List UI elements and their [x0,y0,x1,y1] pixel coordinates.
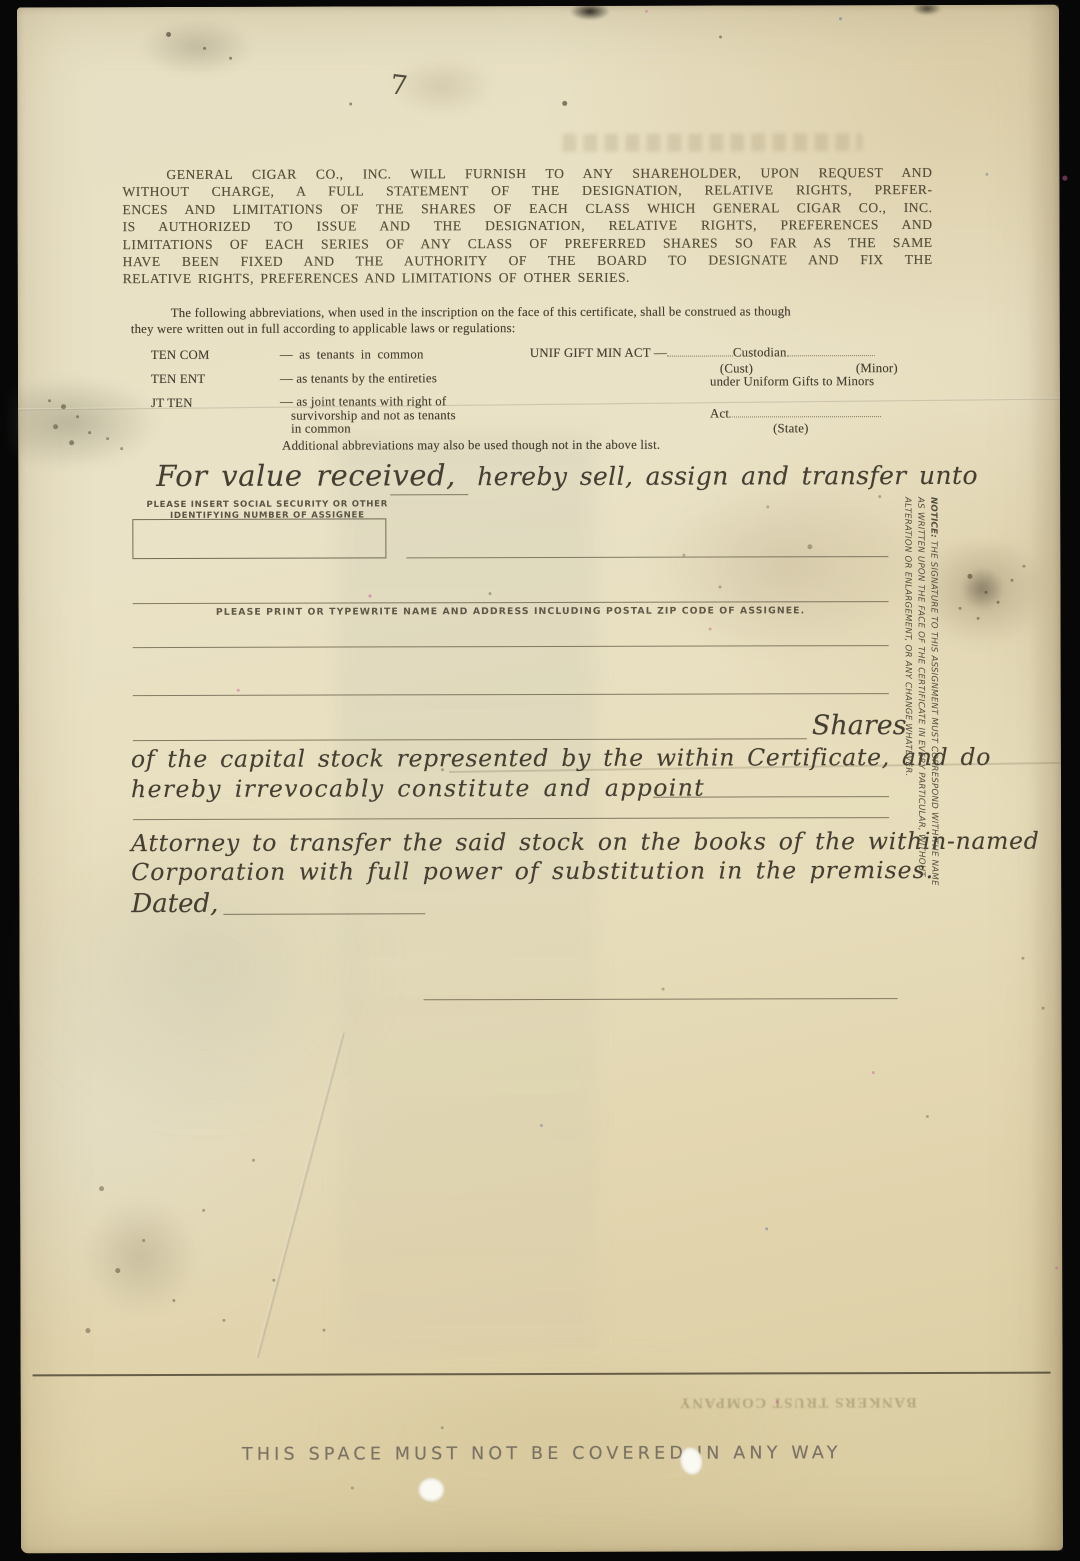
scanned-certificate-back: BANKERS TRUST COMPANY 7 GENERAL CIGAR CO… [0,0,1080,1561]
stain [10,375,160,470]
crease-diagonal [256,1033,345,1359]
statement-line: GENERAL CIGAR CO., INC. WILL FURNISH TO … [122,164,932,184]
write-in-line [133,738,807,741]
punch-hole [419,1478,444,1501]
speckles-dark [17,7,20,10]
stain [336,434,598,1355]
act-state: (State) [773,421,809,436]
statement-line: ENCES AND LIMITATIONS OF THE SHARES OF E… [122,199,932,219]
pen-mark: 7 [388,69,409,102]
shares-word: Shares [812,710,907,741]
abbr-ten-ent-meaning: — as tenants by the entireties [280,371,437,386]
notice-line: ALTERATION OR ENLARGEMENT, OR ANY CHANGE… [900,497,914,955]
for-value-received-text: For value received, [156,458,456,493]
notice-label: NOTICE: [928,497,938,538]
notice-line: AS WRITTEN UPON THE FACE OF THE CERTIFIC… [913,497,927,955]
statement-line: IS AUTHORIZED TO ISSUE AND THE DESIGNATI… [123,216,933,236]
write-in-line [133,693,889,696]
ssn-box [132,518,386,559]
act-label: Act [710,407,729,421]
paper-texture: BANKERS TRUST COMPANY 7 [17,5,1059,8]
statement-line: RELATIVE RIGHTS, PREFERENCES AND LIMITAT… [123,268,933,288]
additional-abbreviations-note: Additional abbreviations may also be use… [282,438,660,454]
dotted-blank [729,406,881,417]
notice-line: NOTICE:THE SIGNATURE TO THIS ASSIGNMENT … [926,497,940,955]
abbr-ten-com: TEN COM [151,348,210,363]
substitution-line: Corporation with full power of substitut… [131,856,934,886]
write-in-line [133,817,889,820]
unif-gift-label: UNIF GIFT MIN ACT — [530,346,667,360]
jt-ten-line: in common [280,422,456,436]
statement-line: WITHOUT CHARGE, A FULL STATEMENT OF THE … [122,181,932,201]
sell-assign-transfer-text: hereby sell, assign and transfer unto [477,461,978,491]
bottom-rule [33,1372,1051,1377]
abbreviations-intro: The following abbreviations, when used i… [131,304,933,337]
footer-warning: THIS SPACE MUST NOT BE COVERED IN ANY WA… [21,1443,1063,1466]
edge-shade-right [1027,5,1063,1551]
stain [926,543,1051,648]
dated-label: Dated, [131,889,218,919]
dotted-blank [667,345,733,356]
write-in-line [390,494,468,495]
ssn-instruction-line: PLEASE INSERT SOCIAL SECURITY OR OTHER [130,499,404,510]
print-name-instruction-label: PLEASE PRINT OR TYPEWRITE NAME AND ADDRE… [133,605,889,618]
speckles-blue [17,7,20,10]
ghost-smudge-top [562,133,862,152]
unif-gift-row: UNIF GIFT MIN ACT —Custodian [530,345,932,361]
speckles-pink [17,7,20,10]
act-row: Act [710,406,881,421]
abbr-ten-ent: TEN ENT [151,372,205,387]
statement-line: LIMITATIONS OF EACH SERIES OF ANY CLASS … [123,234,933,254]
signature-line [424,998,898,1000]
abbr-jt-ten: JT TEN [151,396,193,411]
stain [636,473,936,659]
edge-mark [571,3,609,20]
signature-notice: NOTICE:THE SIGNATURE TO THIS ASSIGNMENT … [900,497,940,955]
unif-gift-custodian: Custodian [733,345,787,359]
jt-ten-line: — as joint tenants with right of [280,395,456,409]
write-in-line [406,556,888,558]
abbr-jt-ten-meaning: — as joint tenants with right of survivo… [280,395,456,436]
stain [960,567,1004,611]
jt-ten-line: survivorship and not as tenants [280,409,456,423]
dotted-blank [787,345,875,356]
ghost-text-bottom: BANKERS TRUST COMPANY [649,1393,917,1411]
capital-stock-line: of the capital stock represented by the … [131,743,991,773]
statement-line: HAVE BEEN FIXED AND THE AUTHORITY OF THE… [123,251,933,271]
constitute-appoint-line: hereby irrevocably constitute and appoin… [131,774,705,804]
write-in-line [133,645,889,648]
abbrev-intro-line: they were written out in full according … [131,319,933,337]
furnish-statement: GENERAL CIGAR CO., INC. WILL FURNISH TO … [122,164,932,288]
edge-mark [913,2,941,15]
unif-gift-under: under Uniform Gifts to Minors [710,374,874,389]
abbr-ten-com-meaning: — as tenants in common [280,347,424,362]
paper-sheet: BANKERS TRUST COMPANY 7 GENERAL CIGAR CO… [17,5,1063,1554]
stain [137,17,257,77]
write-in-line [223,913,425,915]
write-in-line [653,796,889,798]
stain [80,1197,200,1317]
write-in-line [133,601,889,604]
